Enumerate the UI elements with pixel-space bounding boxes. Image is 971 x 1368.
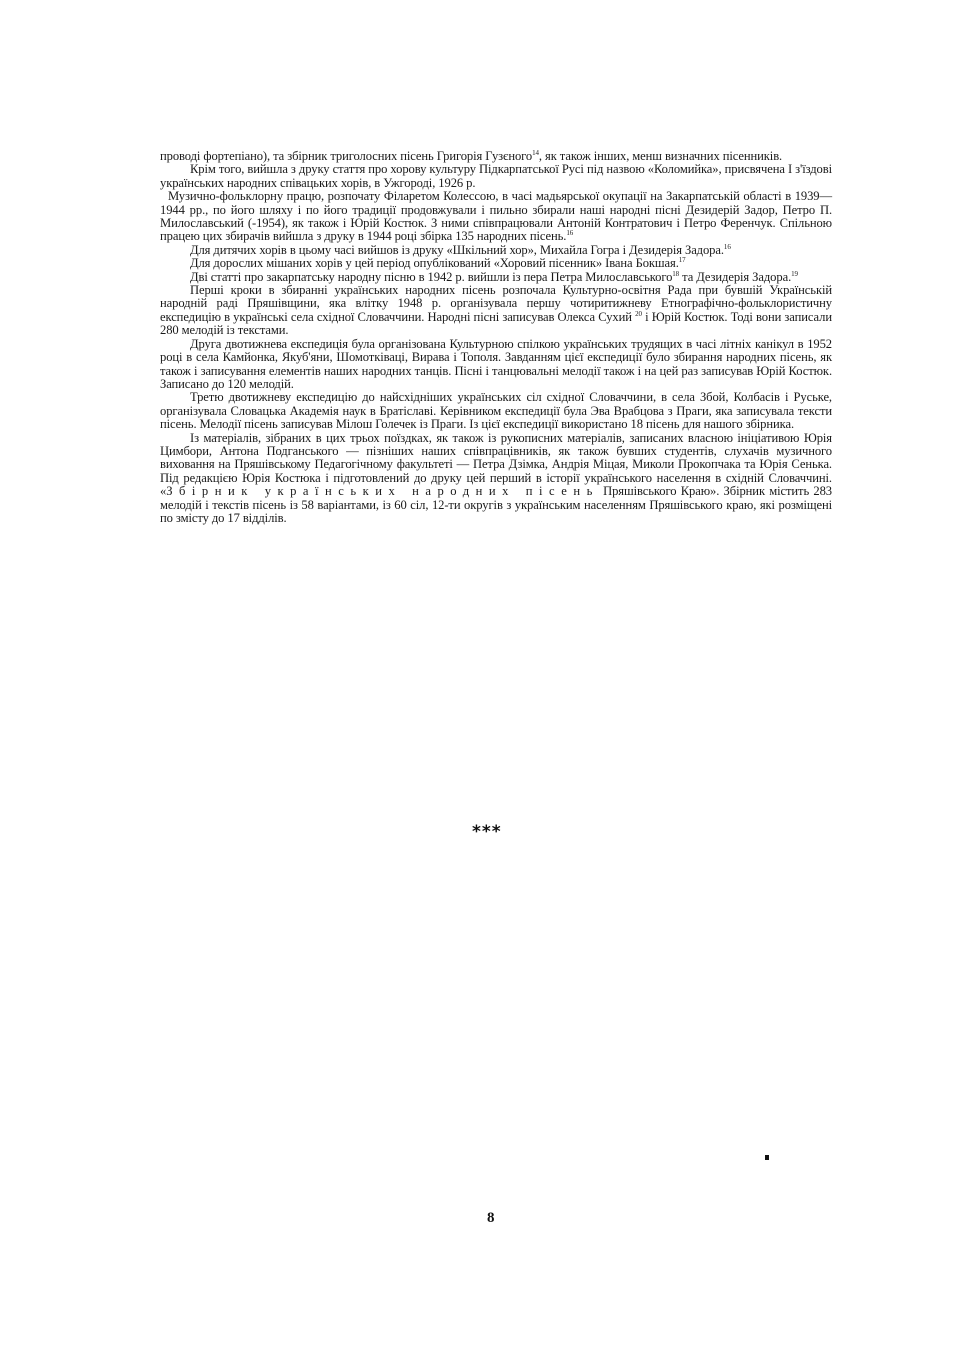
footnote-ref: 17 [679,256,686,264]
paragraph: Третю двотижневу експедицію до найсхідні… [160,391,832,431]
text-run: Третю двотижневу експедицію до найсхідні… [160,390,832,431]
spaced-title: Збірник українських народних пісень [166,484,599,498]
paragraph: Музично-фольклорну працю, розпочату Філа… [160,190,832,244]
footnote-ref: 16 [724,243,731,251]
section-separator: *** [472,822,502,842]
footnote-ref: 20 [635,310,642,318]
text-run: Музично-фольклорну працю, розпочату Філа… [160,189,832,243]
paragraph: Для дорослих мішаних хорів у цей період … [160,257,832,270]
scan-speck [765,1155,769,1160]
footnote-ref: 14 [532,149,539,157]
footnote-ref: 16 [566,229,573,237]
text-run: Друга двотижнева експедиція була організ… [160,337,832,391]
text-run: та Дезидерія Задора. [679,270,791,284]
text-run: Крім того, вийшла з друку стаття про хор… [160,162,832,189]
paragraph: Із матеріалів, зібраних в цих трьох поїз… [160,432,832,526]
paragraph: Для дитячих хорів в цьому часі вийшов із… [160,244,832,257]
text-run: Для дорослих мішаних хорів у цей період … [190,256,679,270]
paragraph: Крім того, вийшла з друку стаття про хор… [160,163,832,190]
paragraph: Дві статті про закарпатську народну пісн… [160,271,832,284]
document-page: проводі фортепіано), та збірник триголос… [0,0,971,1368]
paragraph: проводі фортепіано), та збірник триголос… [160,150,832,163]
footnote-ref: 19 [791,270,798,278]
text-run: Дві статті про закарпатську народну пісн… [190,270,672,284]
text-run: проводі фортепіано), та збірник триголос… [160,149,532,163]
paragraph: Перші кроки в збиранні українських народ… [160,284,832,338]
text-run: Для дитячих хорів в цьому часі вийшов із… [190,243,724,257]
page-number: 8 [487,1210,495,1227]
text-run: , як також інших, менш визначних пісенни… [539,149,782,163]
paragraph: Друга двотижнева експедиція була організ… [160,338,832,392]
body-text: проводі фортепіано), та збірник триголос… [160,150,832,525]
